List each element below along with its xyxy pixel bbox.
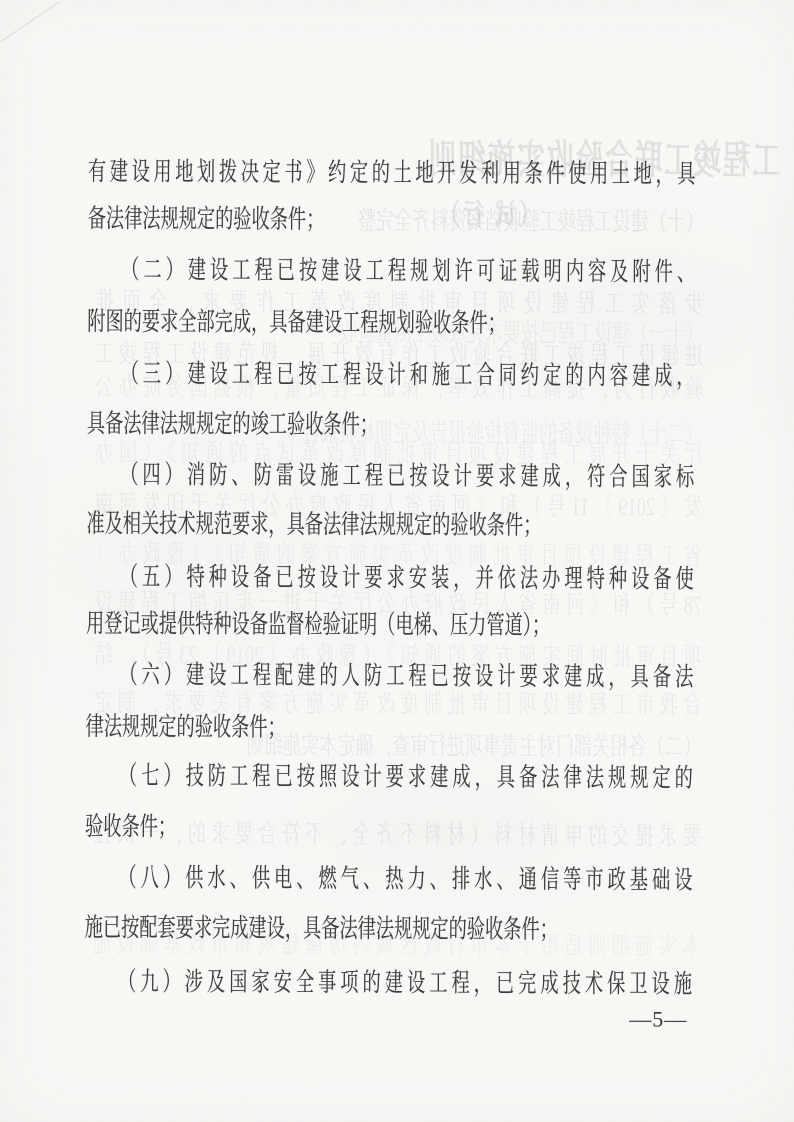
text-line: 有建设用地划拨决定书》约定的土地开发利用条件使用土地，具: [88, 156, 696, 191]
text-line: 施已按配套要求完成建设，具备法律法规规定的验收条件；: [85, 912, 693, 947]
text-line: （六）建设工程配建的人防工程已按设计要求建成，具备法: [86, 659, 694, 694]
text-line: 附图的要求全部完成，具备建设工程规划验收条件；: [87, 306, 695, 341]
text-line: （二）建设工程已按建设工程规划许可证载明内容及附件、: [87, 254, 695, 289]
text-line: （九）涉及国家安全事项的建设工程，已完成技术保卫设施: [84, 966, 692, 1001]
text-line: （四）消防、防雷设施工程已按设计要求建成，符合国家标: [87, 459, 695, 494]
text-line: 准及相关技术规范要求，具备法律法规规定的验收条件；: [86, 508, 694, 543]
text-line: 用登记或提供特种设备监督检验证明（电梯、压力管道）；: [86, 608, 694, 643]
text-line: （三）建设工程已按工程设计和施工合同约定的内容建成，: [87, 358, 695, 393]
text-line: （七）技防工程已按照设计要求建成，具备法律法规规定的: [85, 760, 693, 795]
text-line: 具备法律法规规定的竣工验收条件；: [87, 408, 695, 443]
text-line: （五）特种设备已按设计要求安装，并依法办理特种设备使: [86, 561, 694, 596]
text-line: （八）供水、供电、燃气、热力、排水、通信等市政基础设: [85, 862, 693, 897]
scanned-document-page: 工程竣工联合验收实施细则 （试 行） （十）建设工程竣工验收档案资料齐全完整步落…: [0, 0, 794, 1122]
page-number: —5—: [629, 1006, 687, 1032]
text-line: 验收条件；: [85, 811, 693, 846]
scan-content: 工程竣工联合验收实施细则 （试 行） （十）建设工程竣工验收档案资料齐全完整步落…: [0, 0, 794, 1122]
document-text-layer: 有建设用地划拨决定书》约定的土地开发利用条件使用土地，具备法律法规规定的验收条件…: [0, 0, 794, 1122]
text-line: 律法规规定的验收条件；: [85, 711, 693, 746]
text-line: 备法律法规规定的验收条件；: [88, 203, 696, 238]
